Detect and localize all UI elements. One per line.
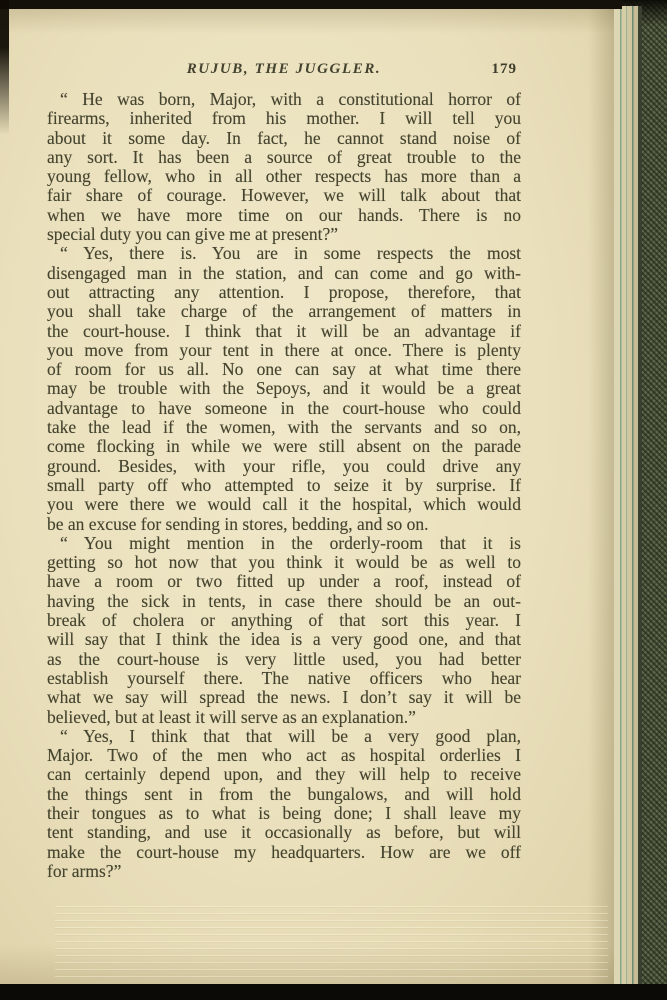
body-text: “ He was born, Major, with a constitutio… (47, 90, 521, 881)
text-line: “ You might mention in the orderly-room … (47, 534, 521, 553)
text-line: establish yourself there. The native off… (47, 669, 521, 688)
text-line: take the lead if the women, with the ser… (47, 418, 521, 437)
page-edge-stack (612, 6, 642, 986)
text-line: be an excuse for sending in stores, bedd… (47, 515, 521, 534)
scan-top-band (0, 0, 622, 9)
book-page: RUJUB, THE JUGGLER. 179 “ He was born, M… (0, 8, 614, 984)
text-line: will say that I think the idea is a very… (47, 630, 521, 649)
text-line: the things sent in from the bungalows, a… (47, 785, 521, 804)
text-line: break of cholera or anything of that sor… (47, 611, 521, 630)
paragraph: “ Yes, there is. You are in some respect… (47, 244, 521, 533)
text-line: may be trouble with the Sepoys, and it w… (47, 379, 521, 398)
text-line: of room for us all. No one can say at wh… (47, 360, 521, 379)
page-number: 179 (492, 61, 518, 78)
text-line: what we say will spread the news. I don’… (47, 688, 521, 707)
page-stack-shadow-lines (55, 906, 608, 978)
text-line: for arms?” (47, 862, 521, 881)
text-line: their tongues as to what is being done; … (47, 804, 521, 823)
text-line: “ Yes, I think that that will be a very … (47, 727, 521, 746)
text-line: “ He was born, Major, with a constitutio… (47, 90, 521, 109)
text-line: disengaged man in the station, and can c… (47, 264, 521, 283)
text-line: you shall take charge of the arrangement… (47, 302, 521, 321)
text-line: ground. Besides, with your rifle, you co… (47, 457, 521, 476)
text-line: you move from your tent in there at once… (47, 341, 521, 360)
text-line: as the court-house is very little used, … (47, 650, 521, 669)
text-line: young fellow, who in all other respects … (47, 167, 521, 186)
text-line: about it some day. In fact, he cannot st… (47, 129, 521, 148)
text-line: Major. Two of the men who act as hospita… (47, 746, 521, 765)
text-line: having the sick in tents, in case there … (47, 592, 521, 611)
text-line: fair share of courage. However, we will … (47, 186, 521, 205)
text-line: special duty you can give me at present?… (47, 225, 521, 244)
text-line: the court-house. I think that it will be… (47, 322, 521, 341)
text-line: have a room or two fitted up under a roo… (47, 572, 521, 591)
paragraph: “ He was born, Major, with a constitutio… (47, 90, 521, 244)
paragraph: “ You might mention in the orderly-room … (47, 534, 521, 727)
running-head: RUJUB, THE JUGGLER. 179 (47, 60, 521, 78)
text-line: “ Yes, there is. You are in some respect… (47, 244, 521, 263)
text-line: tent standing, and use it occasionally a… (47, 823, 521, 842)
text-line: out attracting any attention. I propose,… (47, 283, 521, 302)
text-line: any sort. It has been a source of great … (47, 148, 521, 167)
text-line: can certainly depend upon, and they will… (47, 765, 521, 784)
page-title: RUJUB, THE JUGGLER. (187, 61, 382, 77)
text-line: advantage to have someone in the court-h… (47, 399, 521, 418)
text-line: when we have more time on our hands. The… (47, 206, 521, 225)
text-line: small party off who attempted to seize i… (47, 476, 521, 495)
text-line: you were there we would call it the hosp… (47, 495, 521, 514)
text-line: believed, but at least it will serve as … (47, 708, 521, 727)
text-line: getting so hot now that you think it wou… (47, 553, 521, 572)
text-line: come flocking in while we were still abs… (47, 437, 521, 456)
paragraph: “ Yes, I think that that will be a very … (47, 727, 521, 881)
text-line: make the court-house my headquarters. Ho… (47, 843, 521, 862)
text-line: firearms, inherited from his mother. I w… (47, 109, 521, 128)
scan-left-shadow (0, 0, 9, 135)
book-scan: RUJUB, THE JUGGLER. 179 “ He was born, M… (0, 0, 667, 1000)
scan-bottom-band (0, 984, 667, 1000)
